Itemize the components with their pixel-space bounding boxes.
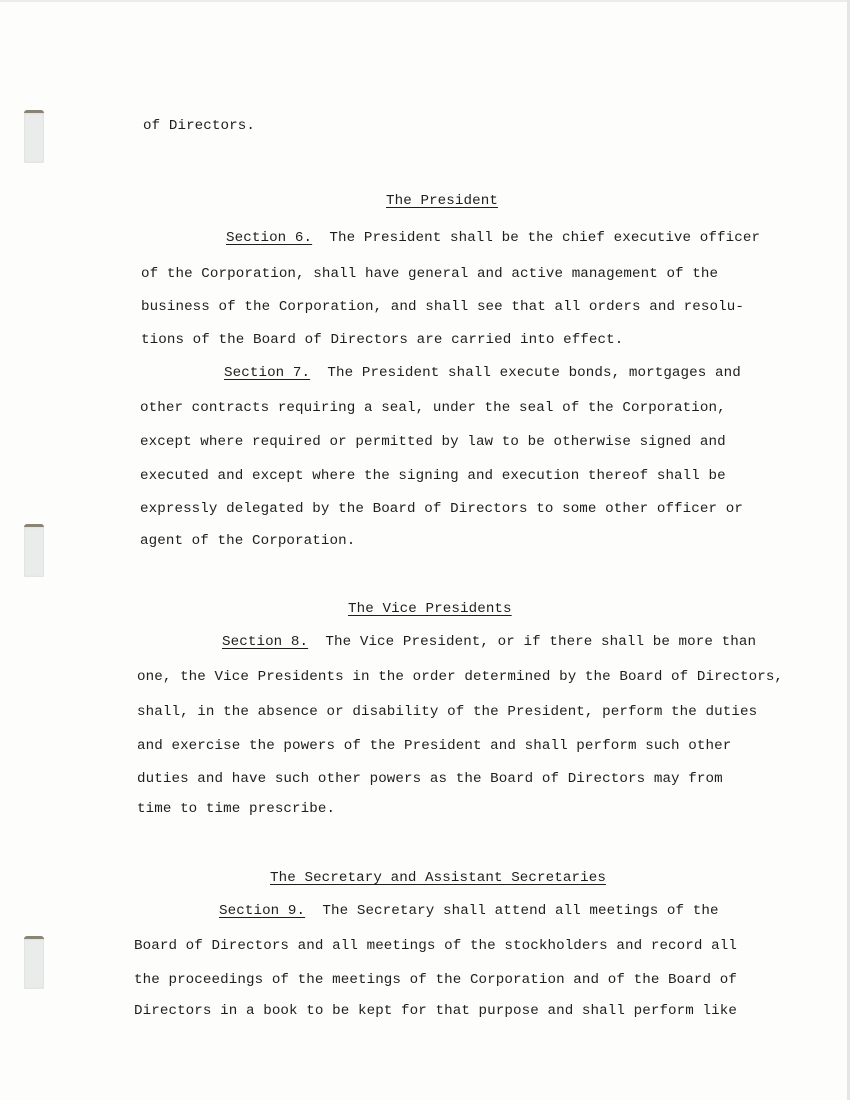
section-6-line: business of the Corporation, and shall s… bbox=[141, 298, 744, 316]
continuation-text: of Directors. bbox=[143, 117, 255, 135]
section-6-line: tions of the Board of Directors are carr… bbox=[141, 331, 623, 349]
section-9-first-line: Section 9. The Secretary shall attend al… bbox=[219, 902, 719, 920]
section-8-line: time to time prescribe. bbox=[137, 800, 335, 818]
punch-hole-bottom bbox=[24, 936, 44, 989]
section-7-label: Section 7. bbox=[224, 365, 310, 381]
section-8-line: and exercise the powers of the President… bbox=[137, 737, 731, 755]
section-8-line: shall, in the absence or disability of t… bbox=[137, 703, 757, 721]
section-8-first-line-text: The Vice President, or if there shall be… bbox=[325, 634, 756, 650]
section-7-line: expressly delegated by the Board of Dire… bbox=[140, 500, 743, 518]
punch-hole-top bbox=[24, 110, 44, 163]
section-9-first-line-text: The Secretary shall attend all meetings … bbox=[322, 903, 718, 919]
section-6-label: Section 6. bbox=[226, 230, 312, 246]
section-8-label: Section 8. bbox=[222, 634, 308, 650]
section-6-first-line-text: The President shall be the chief executi… bbox=[329, 230, 760, 246]
section-6-line: of the Corporation, shall have general a… bbox=[141, 265, 718, 283]
page-edge-top bbox=[0, 0, 850, 2]
heading-secretaries: The Secretary and Assistant Secretaries bbox=[270, 869, 606, 887]
section-7-first-line: Section 7. The President shall execute b… bbox=[224, 364, 741, 382]
section-8-first-line: Section 8. The Vice President, or if the… bbox=[222, 633, 756, 651]
section-7-line: other contracts requiring a seal, under … bbox=[140, 399, 726, 417]
section-7-line: agent of the Corporation. bbox=[140, 532, 355, 550]
section-6-first-line: Section 6. The President shall be the ch… bbox=[226, 229, 760, 247]
heading-president: The President bbox=[386, 192, 498, 210]
section-9-line: Directors in a book to be kept for that … bbox=[134, 1002, 737, 1020]
section-7-line: executed and except where the signing an… bbox=[140, 467, 726, 485]
section-9-line: the proceedings of the meetings of the C… bbox=[134, 971, 737, 989]
section-8-line: one, the Vice Presidents in the order de… bbox=[137, 668, 783, 686]
section-8-line: duties and have such other powers as the… bbox=[137, 770, 723, 788]
section-7-first-line-text: The President shall execute bonds, mortg… bbox=[327, 365, 740, 381]
section-7-line: except where required or permitted by la… bbox=[140, 433, 726, 451]
punch-hole-middle bbox=[24, 524, 44, 577]
heading-vice-presidents: The Vice Presidents bbox=[348, 600, 512, 618]
section-9-line: Board of Directors and all meetings of t… bbox=[134, 937, 737, 955]
section-9-label: Section 9. bbox=[219, 903, 305, 919]
